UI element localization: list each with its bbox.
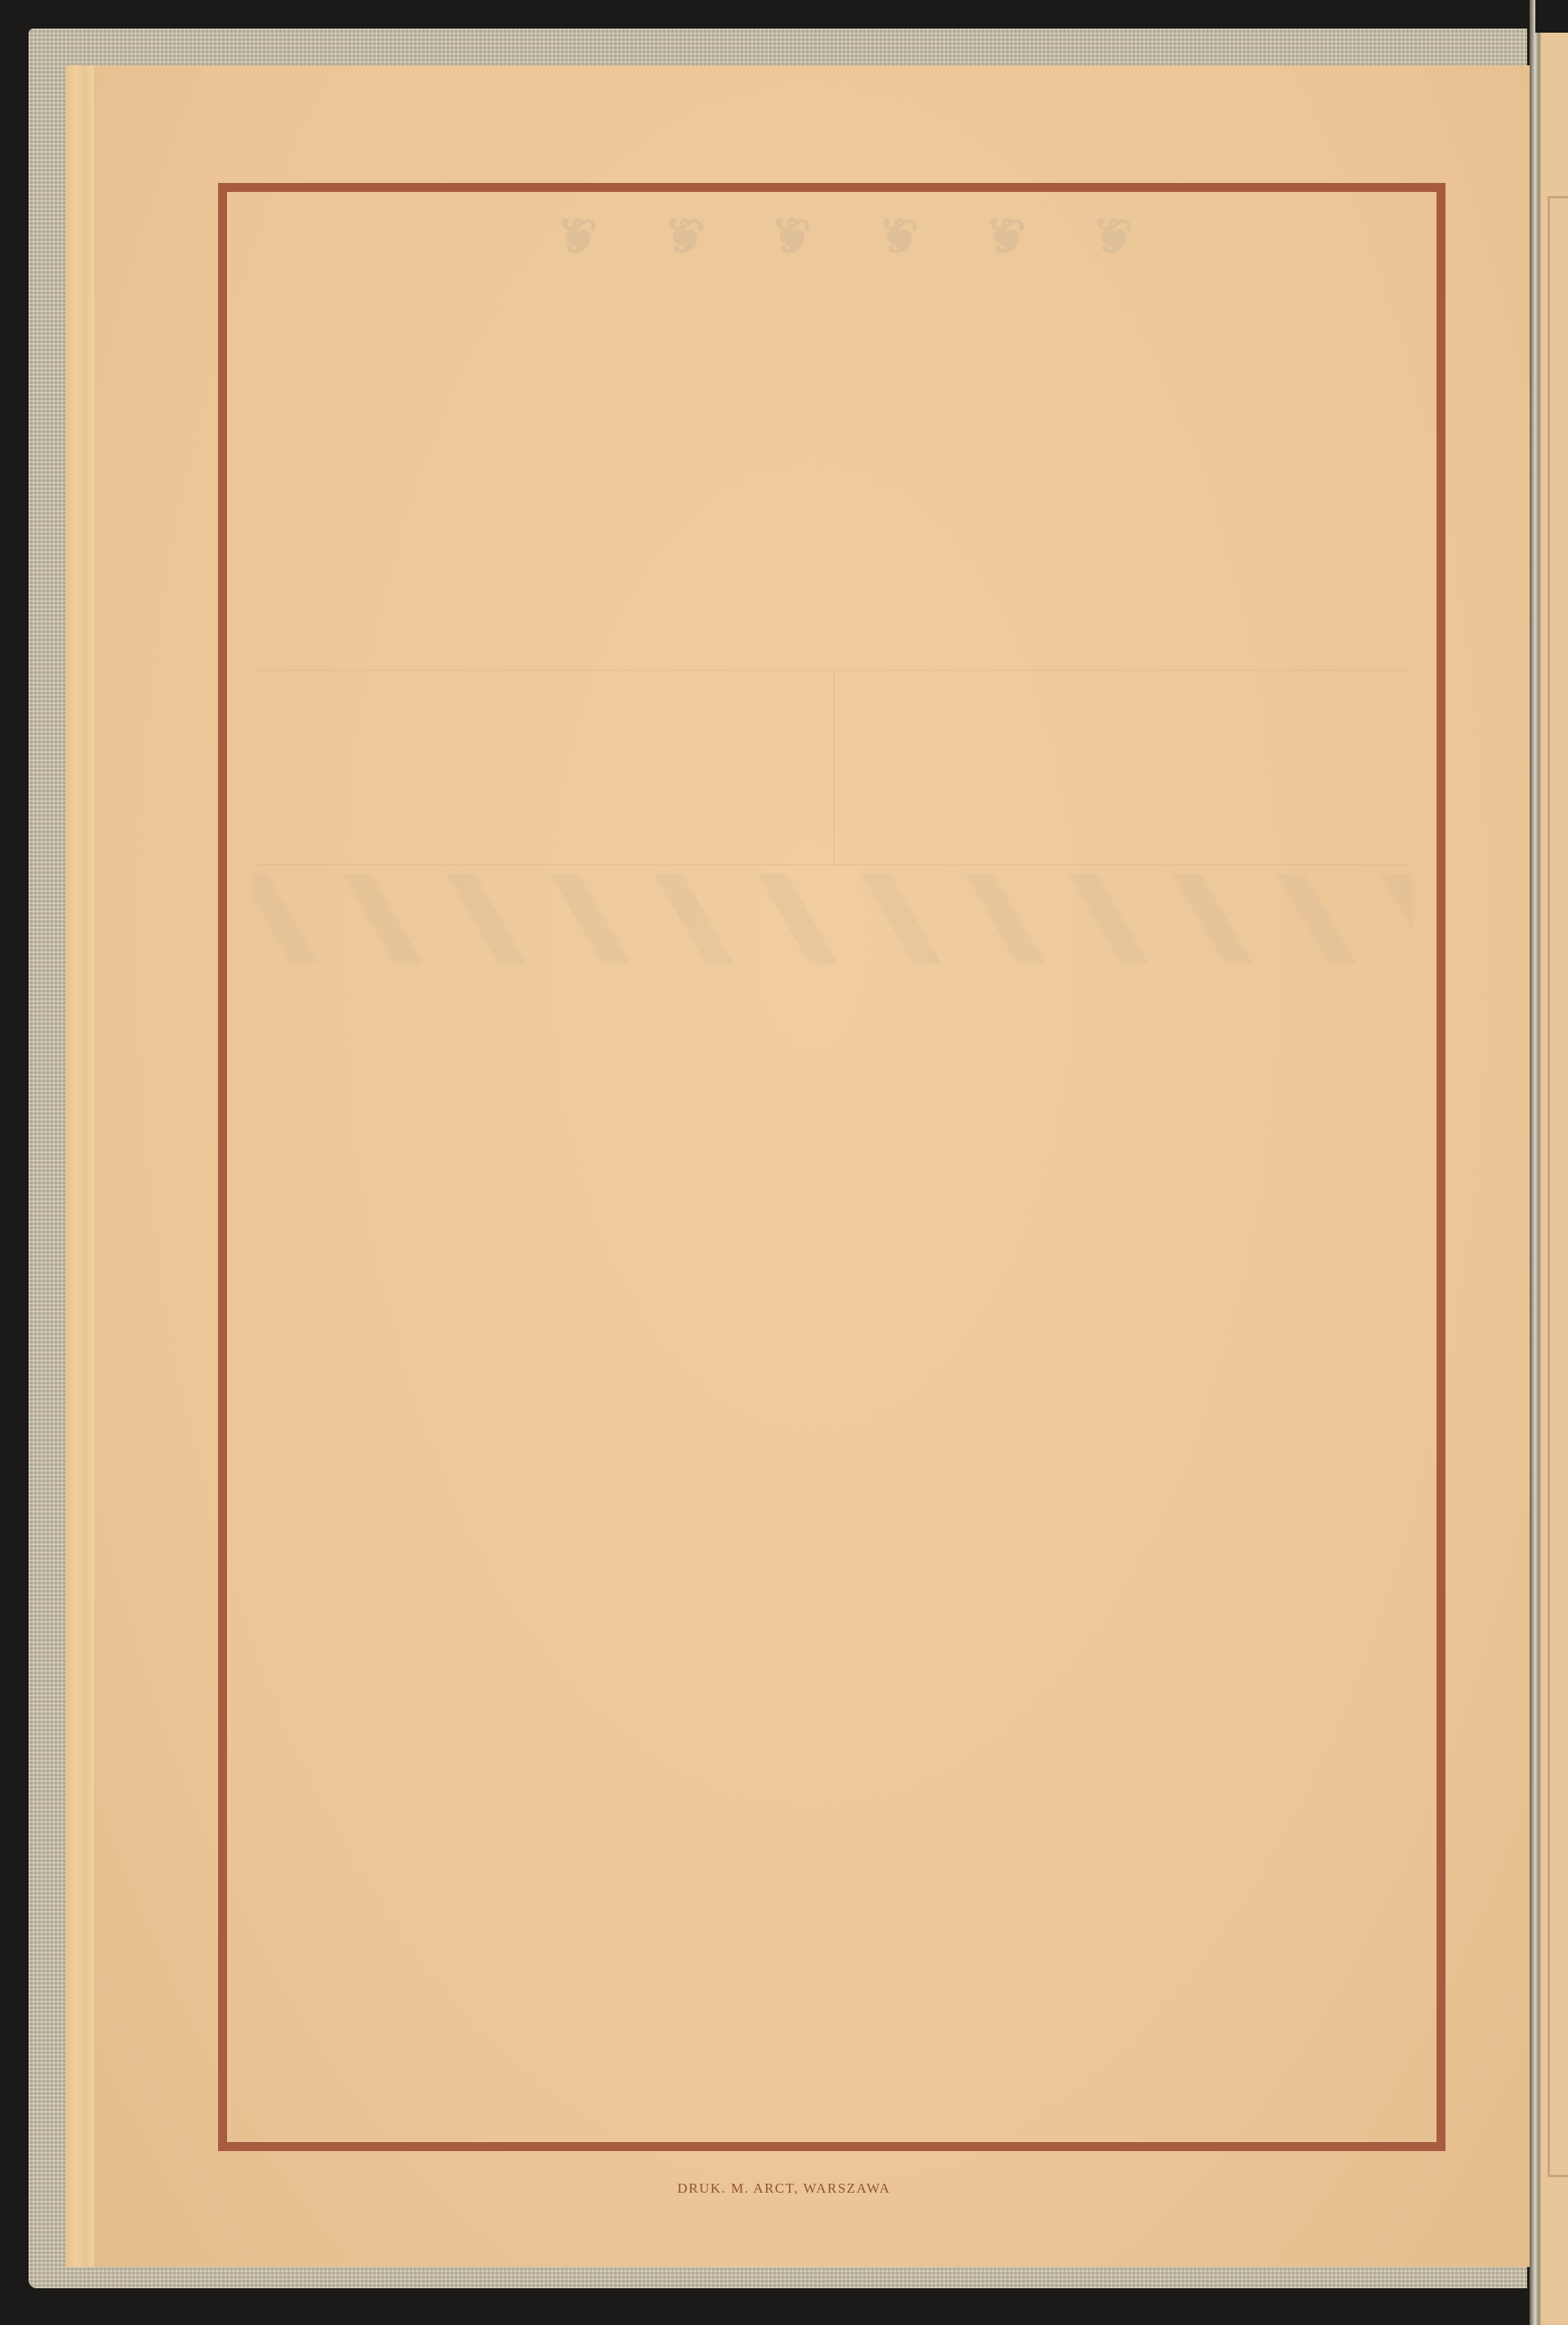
book-gutter (1530, 0, 1539, 2325)
page-frame-border (218, 183, 1445, 2151)
background-corner (1535, 0, 1568, 33)
page-edges (65, 65, 95, 2267)
printer-imprint: DRUK. M. ARCT, WARSZAWA (0, 2180, 1568, 2197)
facing-page-frame (1548, 196, 1568, 2177)
facing-page-edge (1539, 33, 1568, 2325)
